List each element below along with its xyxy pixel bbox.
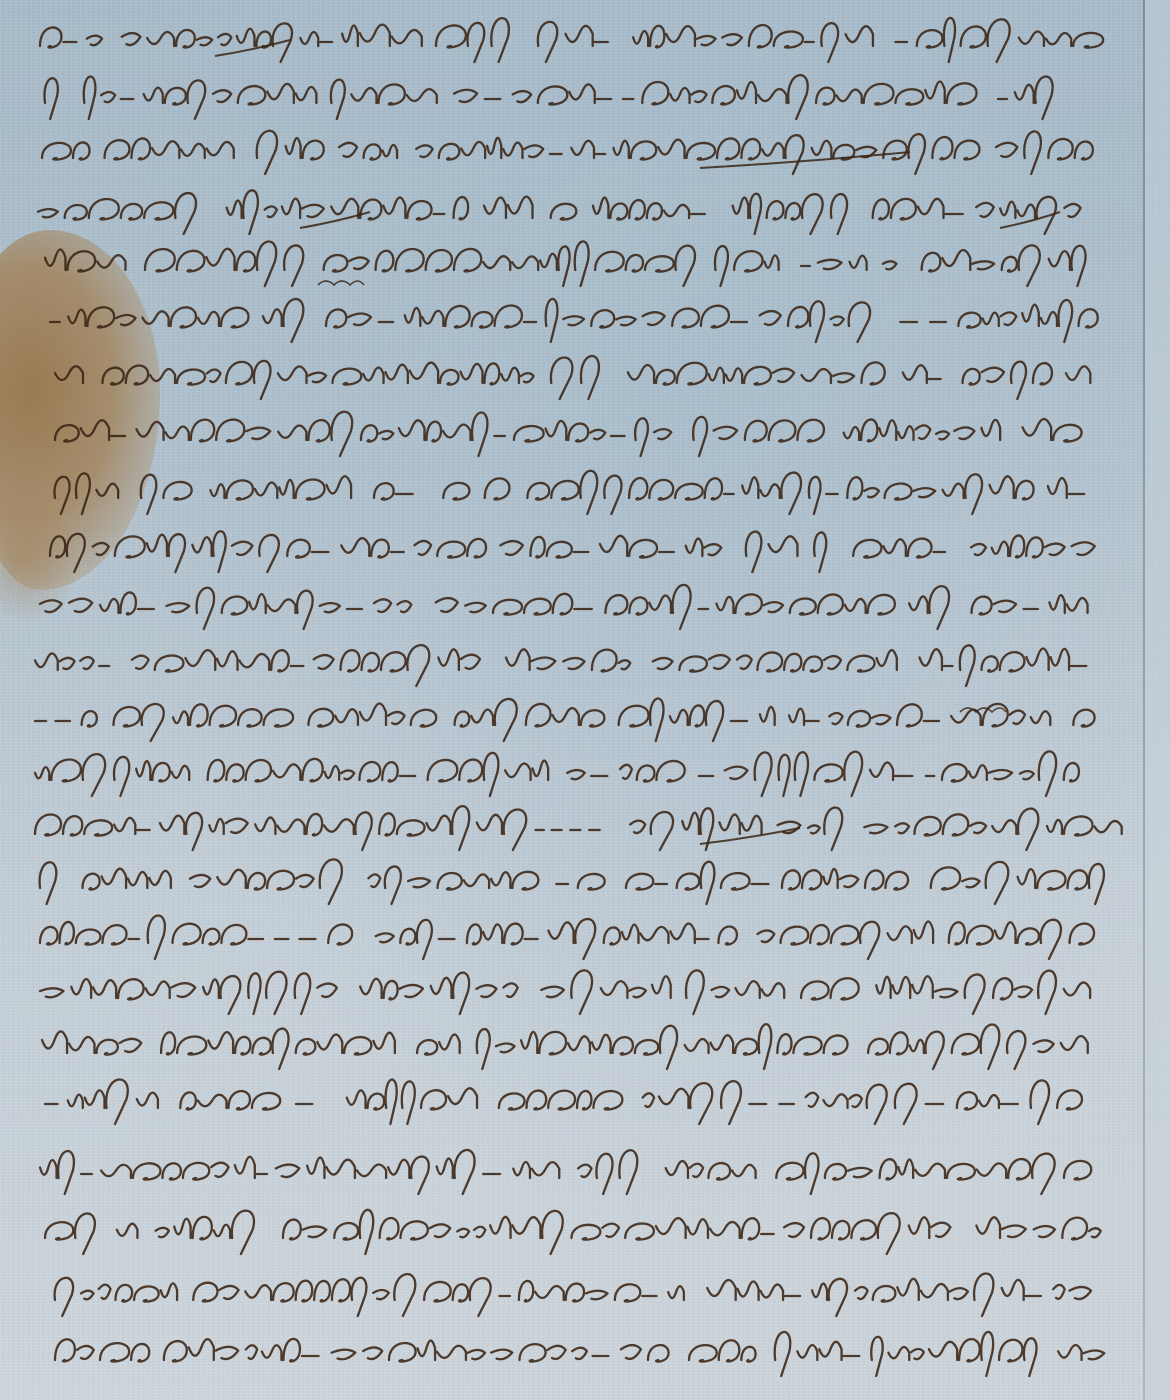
manuscript-line — [0, 1200, 1170, 1260]
handwriting-strokes — [0, 345, 1170, 405]
handwriting-strokes — [0, 687, 1170, 747]
ink-stroke — [45, 241, 1086, 286]
manuscript-line — [0, 8, 1170, 68]
handwriting-strokes — [0, 1015, 1170, 1075]
manuscript-line — [0, 180, 1170, 240]
handwriting-strokes — [0, 402, 1170, 462]
ink-stroke — [40, 970, 1090, 1014]
manuscript-line — [0, 65, 1170, 125]
handwriting-strokes — [0, 796, 1170, 856]
manuscript-line — [0, 632, 1170, 692]
ink-stroke — [42, 1024, 1088, 1069]
interlinear-insertion — [960, 708, 1006, 712]
manuscript-line — [0, 1322, 1170, 1382]
manuscript-line — [0, 232, 1170, 292]
ink-stroke — [35, 645, 1086, 686]
handwriting-strokes — [0, 960, 1170, 1020]
underline-flourish — [300, 212, 370, 228]
handwriting-strokes — [0, 180, 1170, 240]
ink-stroke — [55, 412, 1082, 456]
ink-stroke — [45, 1080, 1082, 1124]
handwriting-strokes — [0, 850, 1170, 910]
ink-stroke — [55, 1332, 1104, 1376]
manuscript-line — [0, 905, 1170, 965]
ink-stroke — [40, 18, 1103, 62]
ink-stroke — [44, 75, 1052, 119]
handwriting-strokes — [0, 1262, 1170, 1322]
manuscript-line — [0, 1262, 1170, 1322]
manuscript-line — [0, 850, 1170, 910]
handwriting-strokes — [0, 232, 1170, 292]
manuscript-line — [0, 687, 1170, 747]
underline-flourish — [215, 40, 290, 56]
manuscript-line — [0, 1015, 1170, 1075]
handwriting-strokes — [0, 632, 1170, 692]
manuscript-line — [0, 460, 1170, 520]
ink-stroke — [38, 190, 1081, 234]
ink-stroke — [35, 751, 1079, 796]
handwriting-strokes — [0, 65, 1170, 125]
ink-stroke — [50, 531, 1095, 572]
manuscript-line — [0, 518, 1170, 578]
handwriting-strokes — [0, 905, 1170, 965]
manuscript-page — [0, 0, 1170, 1400]
manuscript-line — [0, 1070, 1170, 1130]
manuscript-line — [0, 120, 1170, 180]
manuscript-line — [0, 575, 1170, 635]
ink-stroke — [40, 915, 1094, 959]
manuscript-line — [0, 402, 1170, 462]
handwriting-strokes — [0, 1070, 1170, 1130]
manuscript-line — [0, 796, 1170, 856]
manuscript-line — [0, 742, 1170, 802]
handwriting-strokes — [0, 8, 1170, 68]
ink-stroke — [35, 698, 1095, 741]
handwriting-strokes — [0, 1200, 1170, 1260]
underline-flourish — [700, 828, 800, 844]
ink-stroke — [35, 806, 1122, 850]
ink-stroke — [40, 1150, 1091, 1194]
handwriting-strokes — [0, 518, 1170, 578]
handwriting-strokes — [0, 460, 1170, 520]
handwriting-strokes — [0, 1140, 1170, 1200]
ink-stroke — [55, 1274, 1091, 1316]
manuscript-line — [0, 1140, 1170, 1200]
handwriting-strokes — [0, 742, 1170, 802]
ink-stroke — [55, 471, 1085, 514]
ink-stroke — [55, 356, 1090, 399]
manuscript-line — [0, 288, 1170, 348]
ink-stroke — [40, 859, 1104, 904]
ink-stroke — [50, 299, 1098, 342]
ink-stroke — [45, 1210, 1101, 1254]
handwriting-strokes — [0, 288, 1170, 348]
manuscript-line — [0, 345, 1170, 405]
manuscript-line — [0, 960, 1170, 1020]
ink-stroke — [40, 585, 1088, 629]
ink-stroke — [42, 131, 1093, 174]
handwriting-strokes — [0, 120, 1170, 180]
handwriting-strokes — [0, 1322, 1170, 1382]
underline-flourish — [700, 152, 910, 168]
handwriting-strokes — [0, 575, 1170, 635]
